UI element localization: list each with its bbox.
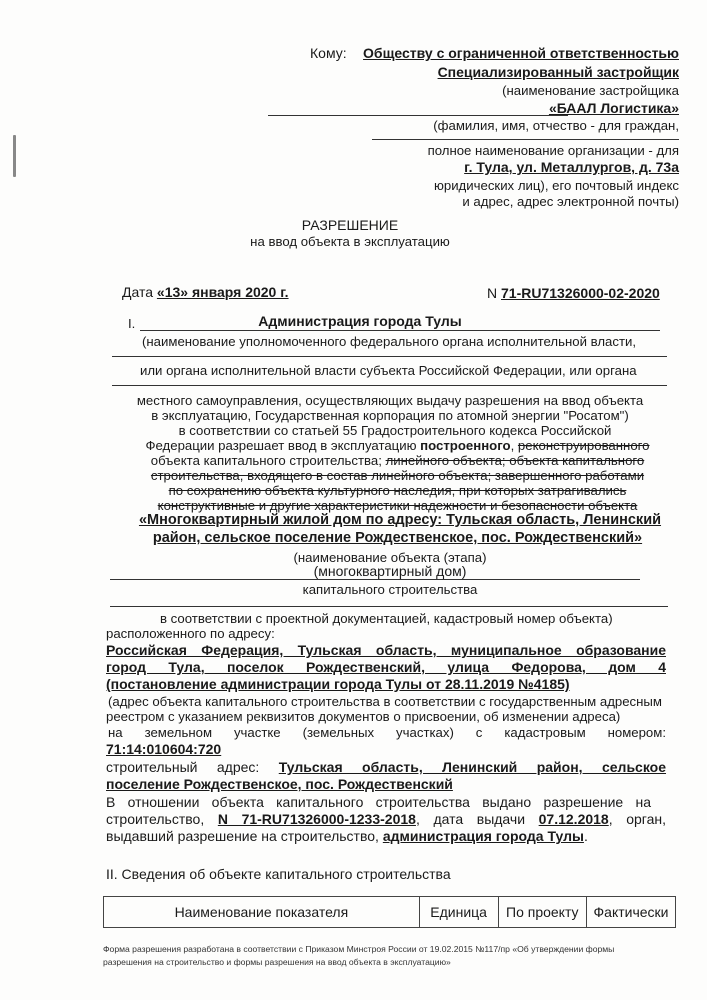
- header-unit: Единица: [419, 897, 498, 928]
- number-label: N: [487, 285, 497, 301]
- build-address-line-1: строительный адрес: Тульская область, Ле…: [106, 759, 666, 775]
- number-field: N 71-RU71326000-02-2020: [487, 285, 660, 301]
- authority-rule-3: [112, 385, 667, 386]
- permit-text-1: В отношении объекта капитального строите…: [106, 794, 651, 810]
- recipient-hint-org: полное наименование организации - для: [340, 143, 679, 158]
- header-by-project: По проекту: [498, 897, 587, 928]
- recipient-rule-1: [268, 115, 568, 116]
- build-address-value: Тульская область, Ленинский район, сельс…: [279, 759, 666, 775]
- text-run: Федерации разрешает ввод в эксплуатацию: [145, 438, 420, 453]
- article-text-2: Федерации разрешает ввод в эксплуатацию …: [110, 438, 685, 453]
- table-header-row: Наименование показателя Единица По проек…: [104, 897, 676, 928]
- text-run: строительство,: [106, 811, 218, 827]
- text-run: объекта капитального строительства;: [151, 453, 386, 468]
- header-indicator-name: Наименование показателя: [104, 897, 420, 928]
- struck-text-4: строительства, входящего в состав линейн…: [110, 468, 685, 483]
- project-hint: в соответствии с проектной документацией…: [160, 611, 613, 626]
- struck-text-5: по сохранению объекта культурного наслед…: [110, 483, 685, 498]
- construction-permit-date: 07.12.2018: [539, 811, 609, 827]
- date-label: Дата: [122, 284, 153, 300]
- capital-construction-hint: капитального строительства: [110, 582, 670, 597]
- recipient-hint-postal: юридических лиц), его почтовый индекс: [340, 178, 679, 193]
- section-2-heading: II. Сведения об объекте капитального стр…: [106, 866, 451, 882]
- construction-permit-number: N 71-RU71326000-1233-2018: [218, 811, 416, 827]
- build-address-line-2: поселение Рождественское, пос. Рождестве…: [106, 776, 453, 792]
- document-title: РАЗРЕШЕНИЕ: [100, 217, 600, 233]
- address-hint-1: (адрес объекта капитального строительств…: [108, 694, 662, 709]
- text-run: .: [584, 828, 588, 844]
- authority-hint-4: в эксплуатацию, Государственная корпорац…: [110, 408, 670, 423]
- number-value: 71-RU71326000-02-2020: [501, 285, 660, 301]
- recipient-hint-developer: (наименование застройщика: [340, 83, 679, 98]
- land-plot-text: на земельном участке (земельных участках…: [108, 725, 666, 740]
- document-subtitle: на ввод объекта в эксплуатацию: [100, 234, 600, 249]
- authority-name: Администрация города Тулы: [140, 313, 580, 329]
- address-line-1: Российская Федерация, Тульская область, …: [106, 642, 666, 658]
- footnote-line-1: Форма разрешения разработана в соответст…: [103, 943, 663, 956]
- header-actual: Фактически: [587, 897, 676, 928]
- object-kind-reconstructed: реконструированного: [518, 438, 650, 453]
- object-type-rule: [110, 579, 640, 580]
- object-kind-built: построенного: [420, 438, 510, 453]
- object-name-2: район, сельское поселение Рождественское…: [110, 530, 685, 547]
- authority-hint-1: (наименование уполномоченного федерально…: [142, 334, 636, 349]
- struck-text-6: конструктивные и другие характеристики н…: [110, 498, 685, 513]
- recipient-rule-2: [372, 139, 679, 140]
- address-line-3: (постановление администрации города Тулы…: [106, 676, 570, 692]
- permit-issuer: администрация города Тулы: [383, 828, 584, 844]
- authority-hint-3: местного самоуправления, осуществляющих …: [110, 393, 670, 408]
- indicators-table: Наименование показателя Единица По проек…: [103, 896, 676, 928]
- recipient-address: г. Тула, ул. Металлургов, д. 73а: [340, 159, 679, 175]
- address-hint-2: реестром с указанием реквизитов документ…: [106, 709, 620, 724]
- text-run: ,: [511, 438, 518, 453]
- address-line-2: город Тула, поселок Рождественский, улиц…: [106, 659, 666, 675]
- cadastral-number: 71:14:010604:720: [106, 741, 221, 757]
- text-run: , дата выдачи: [416, 811, 539, 827]
- authority-rule-2: [112, 356, 667, 357]
- project-rule: [110, 606, 668, 607]
- recipient-line2: Специализированный застройщик: [340, 64, 679, 80]
- recipient-line1: Обществу с ограниченной ответственностью: [340, 45, 679, 61]
- located-label: расположенного по адресу:: [106, 626, 275, 641]
- build-address-label: строительный адрес:: [106, 759, 279, 775]
- recipient-hint-citizen: (фамилия, имя, отчество - для граждан,: [340, 118, 679, 133]
- footnote-line-2: разрешения на строительство и формы разр…: [103, 956, 663, 969]
- recipient-hint-email: и адрес, адрес электронной почты): [340, 194, 679, 209]
- article-text-3: объекта капитального строительства; лине…: [110, 453, 685, 468]
- section-1-numeral: I.: [128, 316, 135, 331]
- authority-rule: [140, 330, 660, 331]
- text-run: , орган,: [609, 811, 666, 827]
- permit-text-3: выдавший разрешение на строительство, ад…: [106, 828, 588, 844]
- date-value: «13» января 2020 г.: [157, 284, 289, 300]
- authority-hint-2: или органа исполнительной власти субъект…: [140, 363, 637, 378]
- object-name-1: «Многоквартирный жилой дом по адресу: Ту…: [110, 512, 690, 529]
- recipient-line3: «БААЛ Логистика»: [340, 100, 679, 116]
- article-text-1: в соответствии со статьей 55 Градостроит…: [130, 423, 660, 438]
- date-field: Дата «13» января 2020 г.: [122, 284, 289, 300]
- object-type: (многоквартирный дом): [110, 563, 670, 579]
- text-run: выдавший разрешение на строительство,: [106, 828, 383, 844]
- staple-mark: [13, 135, 16, 177]
- form-footnote: Форма разрешения разработана в соответст…: [103, 943, 663, 969]
- permit-text-2: строительство, N 71-RU71326000-1233-2018…: [106, 811, 666, 827]
- struck-text: линейного объекта; объекта капитального: [386, 453, 645, 468]
